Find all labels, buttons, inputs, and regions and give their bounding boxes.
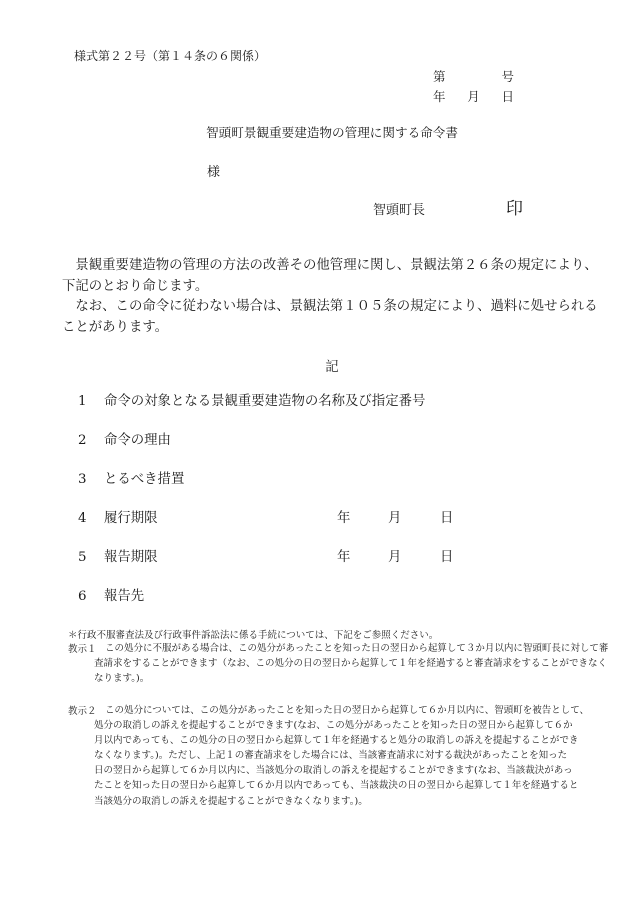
kyoji-2-label: 教示２ xyxy=(68,703,97,717)
item-number: 5 xyxy=(78,549,104,567)
addressee-honorific: 様 xyxy=(207,161,220,180)
note-line: たことを知った日の翌日から起算して６か月以内であっても、当該裁決の日の翌日から起… xyxy=(94,778,589,793)
list-item: 6報告先 xyxy=(78,588,144,606)
note-line: 査請求をすることができます（なお、この処分の日の翌日から起算して１年を経過すると… xyxy=(94,656,608,671)
month-field-label: 月 xyxy=(388,510,401,528)
item-number: 1 xyxy=(78,393,104,411)
document-page: 様式第２２号（第１４条の６関係） 第 号 年 月 日 智頭町景観重要建造物の管理… xyxy=(0,0,630,903)
kyoji-1-text: この処分に不服がある場合は、この処分があったことを知った日の翌日から起算して３か… xyxy=(94,641,608,686)
date-line: 年 月 日 xyxy=(433,87,514,105)
item-number: 4 xyxy=(78,510,104,528)
issuer-title: 智頭町長 xyxy=(373,199,425,218)
month-field-label: 月 xyxy=(388,549,401,567)
date-month-label: 月 xyxy=(467,87,480,105)
note-line: 月以内であっても、この処分の日の翌日から起算して１年を経過すると処分の取消しの訴… xyxy=(94,733,589,748)
item-number: 3 xyxy=(78,471,104,489)
list-item: 4履行期限 年 月 日 xyxy=(78,510,158,528)
kyoji-2-text: この処分については、この処分があったことを知った日の翌日から起算して６か月以内に… xyxy=(94,703,589,809)
item-label: 報告期限 xyxy=(104,550,158,565)
item-label: 命令の理由 xyxy=(104,433,171,448)
year-field-label: 年 xyxy=(337,549,350,567)
year-field-label: 年 xyxy=(337,510,350,528)
body-paragraphs: 景観重要建造物の管理の方法の改善その他管理に関し、景観法第２６条の規定により、 … xyxy=(62,256,610,338)
note-line: なります。)。 xyxy=(94,671,608,686)
day-field-label: 日 xyxy=(440,549,453,567)
doc-number-suffix: 号 xyxy=(501,67,514,85)
kyoji-1-label: 教示１ xyxy=(68,641,97,655)
note-line: 処分の取消しの訴えを提起することができます(なお、この処分があったことを知った日… xyxy=(94,718,589,733)
doc-number-prefix: 第 xyxy=(433,67,446,85)
item-number: 6 xyxy=(78,588,104,606)
kyoji-2-block: 教示２ この処分については、この処分があったことを知った日の翌日から起算して６か… xyxy=(68,703,589,809)
ki-heading: 記 xyxy=(62,356,602,375)
kyoji-1-block: 教示１ この処分に不服がある場合は、この処分があったことを知った日の翌日から起算… xyxy=(68,641,608,686)
item-label: 命令の対象となる景観重要建造物の名称及び指定番号 xyxy=(104,394,425,409)
seal-mark: 印 xyxy=(506,194,523,219)
item-label: とるべき措置 xyxy=(104,472,184,487)
list-item: 2命令の理由 xyxy=(78,432,171,450)
document-number-line: 第 号 xyxy=(433,67,514,85)
note-line: この処分については、この処分があったことを知った日の翌日から起算して６か月以内に… xyxy=(94,703,589,718)
note-line: この処分に不服がある場合は、この処分があったことを知った日の翌日から起算して３か… xyxy=(94,641,608,656)
note-line: なくなります。)。ただし、上記１の審査請求をした場合には、当該審査請求に対する裁… xyxy=(94,748,589,763)
date-year-label: 年 xyxy=(433,87,446,105)
body-line: なお、この命令に従わない場合は、景観法第１０５条の規定により、過料に処せられる xyxy=(62,297,610,318)
item-label: 履行期限 xyxy=(104,511,158,526)
note-line: 日の翌日から起算して６か月以内に、当該処分の取消しの訴えを提起することができます… xyxy=(94,763,589,778)
body-line: 下記のとおり命じます。 xyxy=(62,277,610,298)
item-number: 2 xyxy=(78,432,104,450)
list-item: 1命令の対象となる景観重要建造物の名称及び指定番号 xyxy=(78,393,425,411)
item-label: 報告先 xyxy=(104,589,144,604)
body-line: 景観重要建造物の管理の方法の改善その他管理に関し、景観法第２６条の規定により、 xyxy=(62,256,610,277)
note-line: 当該処分の取消しの訴えを提起することができなくなります。)。 xyxy=(94,794,589,809)
form-number: 様式第２２号（第１４条の６関係） xyxy=(74,47,266,64)
body-line: ことがあります。 xyxy=(62,318,610,339)
day-field-label: 日 xyxy=(440,510,453,528)
list-item: 5報告期限 年 月 日 xyxy=(78,549,158,567)
list-item: 3とるべき措置 xyxy=(78,471,184,489)
page-title: 智頭町景観重要建造物の管理に関する命令書 xyxy=(62,122,602,141)
date-day-label: 日 xyxy=(501,87,514,105)
appeal-notice-intro: ＊行政不服審査法及び行政事件訴訟法に係る手続については、下記をご参照ください。 xyxy=(68,627,438,641)
